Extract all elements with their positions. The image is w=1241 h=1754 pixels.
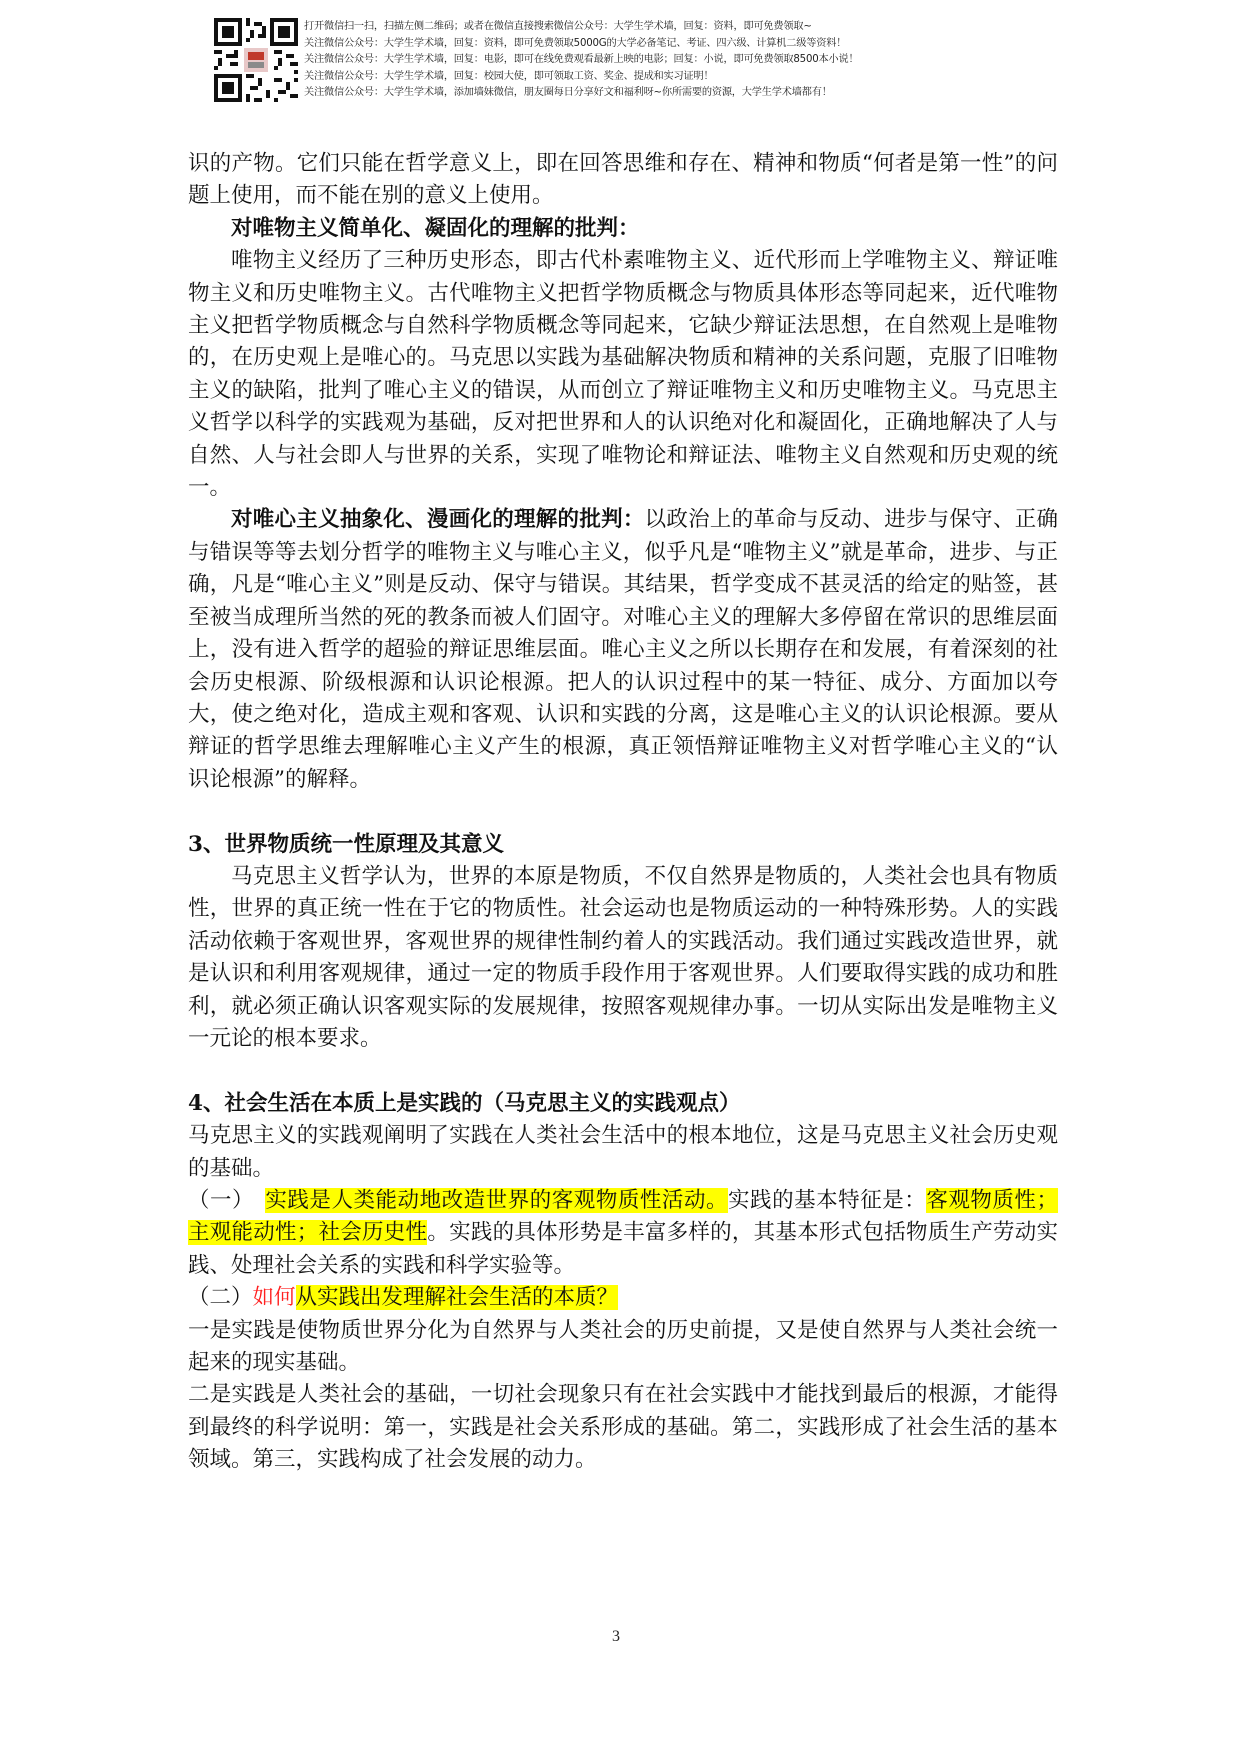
page-number: 3 xyxy=(612,1628,620,1646)
section-4-title: 4、社会生活在本质上是实践的（马克思主义的实践观点） xyxy=(188,1088,1058,1120)
item-1-practice-definition: （一） 实践是人类能动地改造世界的客观物质性活动。实践的基本特征是：客观物质性；… xyxy=(188,1185,1058,1282)
section-3-title: 3、世界物质统一性原理及其意义 xyxy=(188,829,1058,861)
promo-line: 关注微信公众号：大学生学术墙，回复：资料，即可免费领取5000G的大学必备笔记、… xyxy=(304,36,984,53)
promo-line: 打开微信扫一扫，扫描左侧二维码；或者在微信直接搜索微信公众号：大学生学术墙，回复… xyxy=(304,19,984,36)
paragraph-continuation: 识的产物。它们只能在哲学意义上，即在回答思维和存在、精神和物质“何者是第一性”的… xyxy=(188,148,1058,213)
page-header-banner: 打开微信扫一扫，扫描左侧二维码；或者在微信直接搜索微信公众号：大学生学术墙，回复… xyxy=(214,18,974,104)
idealism-critique-text: 以政治上的革命与反动、进步与保守、正确与错误等等去划分哲学的唯物主义与唯心主义，… xyxy=(188,507,1058,791)
paragraph-point-one: 一是实践是使物质世界分化为自然界与人类社会的历史前提，又是使自然界与人类社会统一… xyxy=(188,1315,1058,1380)
item-1-prefix: （一） xyxy=(188,1188,265,1213)
subheading-materialism-critique: 对唯物主义简单化、凝固化的理解的批判： xyxy=(188,213,1058,245)
paragraph-point-two: 二是实践是人类社会的基础，一切社会现象只有在社会实践中才能找到最后的根源，才能得… xyxy=(188,1379,1058,1476)
paragraph-material-unity: 马克思主义哲学认为，世界的本原是物质，不仅自然界是物质的，人类社会也具有物质性，… xyxy=(188,861,1058,1055)
subheading-idealism-critique: 对唯心主义抽象化、漫画化的理解的批判： xyxy=(231,507,645,532)
item-2-question: （二）如何从实践出发理解社会生活的本质？ xyxy=(188,1282,1058,1314)
paragraph-idealism-critique: 对唯心主义抽象化、漫画化的理解的批判：以政治上的革命与反动、进步与保守、正确与错… xyxy=(188,504,1058,796)
highlighted-definition: 实践是人类能动地改造世界的客观物质性活动。 xyxy=(265,1188,728,1213)
promo-line: 关注微信公众号：大学生学术墙，回复：校园大使，即可领取工资、奖金、提成和实习证明… xyxy=(304,69,984,86)
item-1-middle: 实践的基本特征是： xyxy=(728,1188,926,1213)
paragraph-practice-view: 马克思主义的实践观阐明了实践在人类社会生活中的根本地位，这是马克思主义社会历史观… xyxy=(188,1120,1058,1185)
highlighted-question: 从实践出发理解社会生活的本质？ xyxy=(296,1285,619,1310)
qr-code-icon xyxy=(214,18,298,102)
paragraph-materialism-history: 唯物主义经历了三种历史形态，即古代朴素唯物主义、近代形而上学唯物主义、辩证唯物主… xyxy=(188,245,1058,504)
promo-line: 关注微信公众号：大学生学术墙，回复：电影，即可在线免费观看最新上映的电影；回复：… xyxy=(304,52,984,69)
document-body: 识的产物。它们只能在哲学意义上，即在回答思维和存在、精神和物质“何者是第一性”的… xyxy=(188,148,1058,1477)
red-text: 如何 xyxy=(253,1285,296,1310)
promo-text-block: 打开微信扫一扫，扫描左侧二维码；或者在微信直接搜索微信公众号：大学生学术墙，回复… xyxy=(304,19,984,102)
promo-line: 关注微信公众号：大学生学术墙，添加墙妹微信，朋友圈每日分享好文和福利呀~你所需要… xyxy=(304,85,984,102)
item-2-prefix: （二） xyxy=(188,1285,253,1310)
blank-line xyxy=(188,1055,1058,1087)
blank-line xyxy=(188,796,1058,828)
